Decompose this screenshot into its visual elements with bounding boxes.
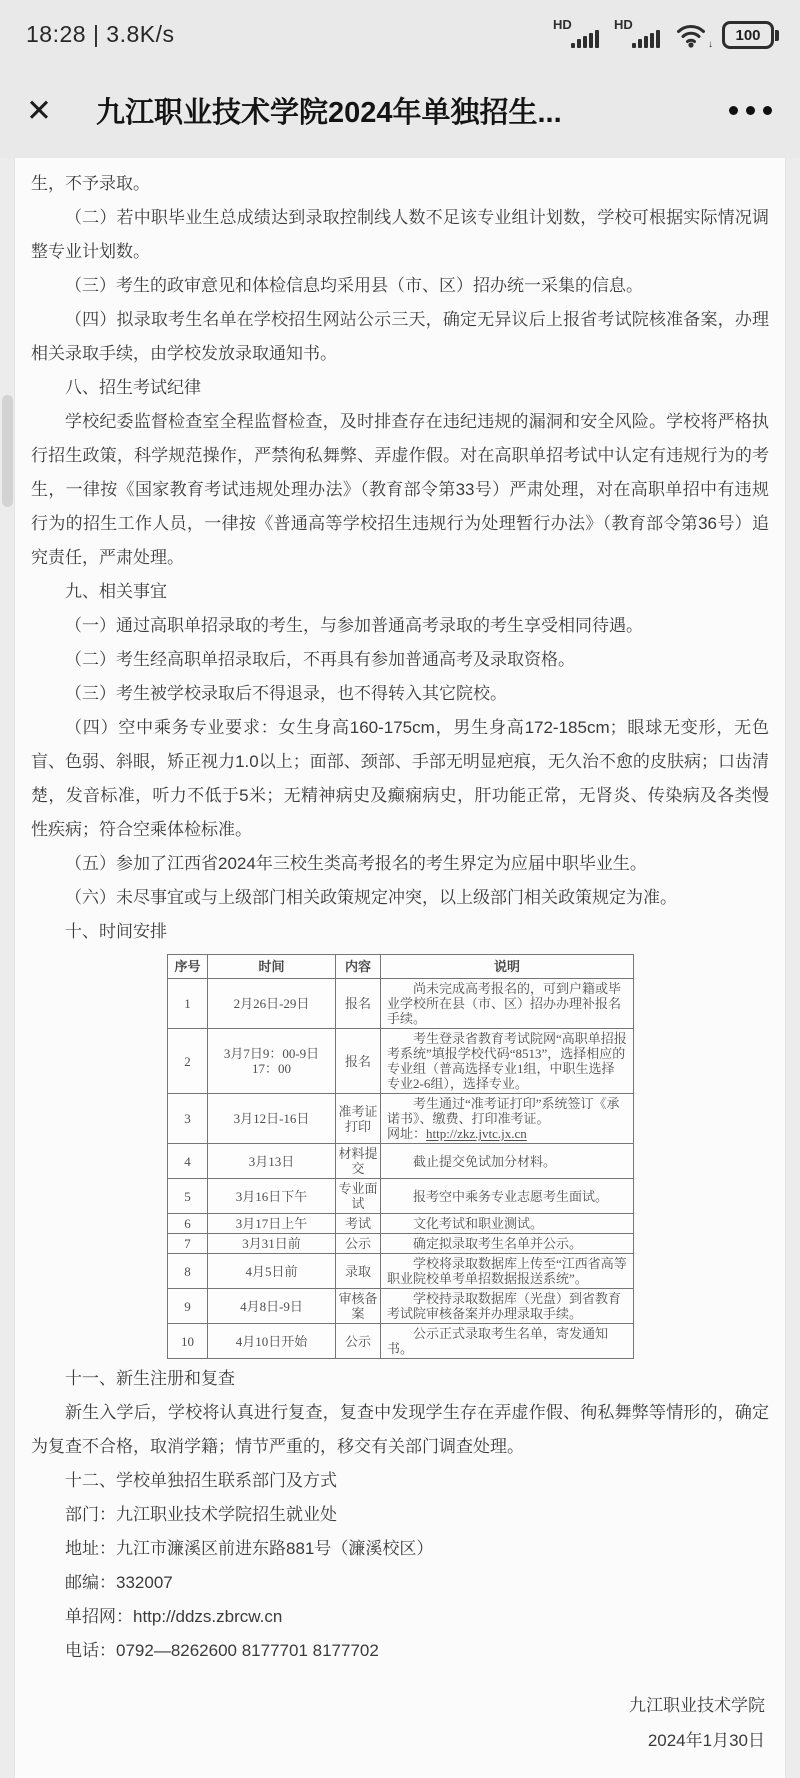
paragraph: （一）通过高职单招录取的考生，与参加普通高考录取的考生享受相同待遇。 (31, 609, 769, 643)
cell-index: 2 (168, 1029, 208, 1094)
cell-time: 3月16日下午 (208, 1179, 336, 1214)
paragraph: 生，不予录取。 (31, 167, 769, 201)
cell-note: 确定拟录取考生名单并公示。 (381, 1234, 634, 1254)
cell-index: 8 (168, 1254, 208, 1289)
hd-badge: HD (553, 18, 572, 31)
document-page: 生，不予录取。（二）若中职毕业生总成绩达到录取控制线人数不足该专业组计划数，学校… (14, 158, 786, 1778)
paragraph: 新生入学后，学校将认真进行复查，复查中发现学生存在弄虚作假、徇私舞弊等情形的，确… (31, 1396, 769, 1464)
paragraph: （二）若中职毕业生总成绩达到录取控制线人数不足该专业组计划数，学校可根据实际情况… (31, 201, 769, 269)
paragraph: 九、相关事宜 (31, 575, 769, 609)
cell-content: 公示 (336, 1324, 381, 1359)
page-title: 九江职业技术学院2024年单独招生... (96, 90, 727, 131)
paragraph: 邮编：332007 (31, 1566, 769, 1600)
cell-index: 6 (168, 1214, 208, 1234)
cell-note: 学校将录取数据库上传至“江西省高等职业院校单考单招数据报送系统”。 (381, 1254, 634, 1289)
table-row: 104月10日开始公示公示正式录取考生名单，寄发通知书。 (168, 1324, 634, 1359)
cell-content: 报名 (336, 979, 381, 1029)
cell-note: 截止提交免试加分材料。 (381, 1144, 634, 1179)
paragraph: 部门：九江职业技术学院招生就业处 (31, 1498, 769, 1532)
cell-index: 9 (168, 1289, 208, 1324)
paragraph: （六）未尽事宜或与上级部门相关政策规定冲突，以上级部门相关政策规定为准。 (31, 881, 769, 915)
table-row: 63月17日上午考试文化考试和职业测试。 (168, 1214, 634, 1234)
paragraph: （三）考生被学校录取后不得退录，也不得转入其它院校。 (31, 677, 769, 711)
cell-note: 公示正式录取考生名单，寄发通知书。 (381, 1324, 634, 1359)
cell-index: 4 (168, 1144, 208, 1179)
document-body-top: 生，不予录取。（二）若中职毕业生总成绩达到录取控制线人数不足该专业组计划数，学校… (31, 167, 769, 949)
table-row: 43月13日材料提交截止提交免试加分材料。 (168, 1144, 634, 1179)
cellular-signal-icon-1: HD (553, 18, 601, 50)
document-body-bottom: 十一、新生注册和复查新生入学后，学校将认真进行复查，复查中发现学生存在弄虚作假、… (31, 1362, 769, 1668)
scrollbar-thumb[interactable] (2, 395, 13, 507)
cell-time: 3月31日前 (208, 1234, 336, 1254)
cell-content: 准考证打印 (336, 1094, 381, 1144)
battery-icon: 100 (722, 21, 774, 49)
table-header-row: 序号 时间 内容 说明 (168, 955, 634, 979)
cell-content: 审核备案 (336, 1289, 381, 1324)
cell-content: 专业面试 (336, 1179, 381, 1214)
cell-index: 1 (168, 979, 208, 1029)
cell-content: 录取 (336, 1254, 381, 1289)
col-header-content: 内容 (336, 955, 381, 979)
paragraph: 十二、学校单独招生联系部门及方式 (31, 1464, 769, 1498)
cell-time: 3月17日上午 (208, 1214, 336, 1234)
table-row: 84月5日前录取学校将录取数据库上传至“江西省高等职业院校单考单招数据报送系统”… (168, 1254, 634, 1289)
cell-time: 3月12日-16日 (208, 1094, 336, 1144)
cell-time: 2月26日-29日 (208, 979, 336, 1029)
cell-note: 尚未完成高考报名的，可到户籍或毕业学校所在县（市、区）招办办理补报名手续。 (381, 979, 634, 1029)
close-icon[interactable]: ✕ (26, 95, 52, 126)
status-icons: HD HD ↓ 100 (553, 18, 774, 50)
hd-badge: HD (614, 18, 633, 31)
cell-content: 报名 (336, 1029, 381, 1094)
paragraph: 电话：0792—8262600 8177701 8177702 (31, 1634, 769, 1668)
more-menu-icon[interactable] (727, 100, 774, 121)
status-bar: 18:28 | 3.8K/s HD HD ↓ (0, 0, 800, 62)
wifi-icon: ↓ (675, 20, 709, 50)
paragraph: 十、时间安排 (31, 915, 769, 949)
cell-content: 考试 (336, 1214, 381, 1234)
document-footer: 九江职业技术学院 2024年1月30日 (31, 1668, 769, 1758)
cell-note: 考生通过“准考证打印”系统签订《承诺书》、缴费、打印准考证。 网址：http:/… (381, 1094, 634, 1144)
cell-content: 材料提交 (336, 1144, 381, 1179)
paragraph: 单招网：http://ddzs.zbrcw.cn (31, 1600, 769, 1634)
cell-note: 学校持录取数据库（光盘）到省教育考试院审核备案并办理录取手续。 (381, 1289, 634, 1324)
cell-note: 考生登录省教育考试院网“高职单招报考系统”填报学校代码“8513”，选择相应的专… (381, 1029, 634, 1094)
cell-index: 3 (168, 1094, 208, 1144)
table-row: 33月12日-16日准考证打印考生通过“准考证打印”系统签订《承诺书》、缴费、打… (168, 1094, 634, 1144)
footer-organization: 九江职业技术学院 (31, 1688, 765, 1723)
schedule-table: 序号 时间 内容 说明 12月26日-29日报名尚未完成高考报名的，可到户籍或毕… (167, 954, 634, 1359)
table-row: 94月8日-9日审核备案学校持录取数据库（光盘）到省教育考试院审核备案并办理录取… (168, 1289, 634, 1324)
signal-bars-icon (632, 30, 660, 48)
cell-index: 5 (168, 1179, 208, 1214)
footer-date: 2024年1月30日 (31, 1723, 765, 1758)
paragraph: （四）拟录取考生名单在学校招生网站公示三天，确定无异议后上报省考试院核准备案，办… (31, 303, 769, 371)
paragraph: （四）空中乘务专业要求：女生身高160-175cm，男生身高172-185cm；… (31, 711, 769, 847)
title-bar: ✕ 九江职业技术学院2024年单独招生... (0, 62, 800, 158)
wifi-traffic-arrow-icon: ↓ (708, 40, 713, 50)
cell-note: 报考空中乘务专业志愿考生面试。 (381, 1179, 634, 1214)
cellular-signal-icon-2: HD (614, 18, 662, 50)
table-link[interactable]: http://zkz.jvtc.jx.cn (426, 1126, 527, 1141)
table-row: 23月7日9：00-9日 17：00报名考生登录省教育考试院网“高职单招报考系统… (168, 1029, 634, 1094)
paragraph: 八、招生考试纪律 (31, 371, 769, 405)
table-row: 73月31日前公示确定拟录取考生名单并公示。 (168, 1234, 634, 1254)
table-row: 53月16日下午专业面试报考空中乘务专业志愿考生面试。 (168, 1179, 634, 1214)
paragraph: 学校纪委监督检查室全程监督检查，及时排查存在违纪违规的漏洞和安全风险。学校将严格… (31, 405, 769, 575)
table-row: 12月26日-29日报名尚未完成高考报名的，可到户籍或毕业学校所在县（市、区）招… (168, 979, 634, 1029)
cell-time: 4月8日-9日 (208, 1289, 336, 1324)
col-header-time: 时间 (208, 955, 336, 979)
cell-note: 文化考试和职业测试。 (381, 1214, 634, 1234)
battery-level: 100 (735, 27, 760, 44)
paragraph: （五）参加了江西省2024年三校生类高考报名的考生界定为应届中职毕业生。 (31, 847, 769, 881)
cell-index: 7 (168, 1234, 208, 1254)
schedule-table-wrap: 序号 时间 内容 说明 12月26日-29日报名尚未完成高考报名的，可到户籍或毕… (167, 954, 633, 1359)
cell-content: 公示 (336, 1234, 381, 1254)
signal-bars-icon (571, 30, 599, 48)
col-header-note: 说明 (381, 955, 634, 979)
clock-and-netspeed: 18:28 | 3.8K/s (26, 21, 175, 48)
paragraph: 十一、新生注册和复查 (31, 1362, 769, 1396)
cell-index: 10 (168, 1324, 208, 1359)
cell-time: 3月13日 (208, 1144, 336, 1179)
paragraph: 地址：九江市濂溪区前进东路881号（濂溪校区） (31, 1532, 769, 1566)
col-header-index: 序号 (168, 955, 208, 979)
cell-time: 4月10日开始 (208, 1324, 336, 1359)
paragraph: （三）考生的政审意见和体检信息均采用县（市、区）招办统一采集的信息。 (31, 269, 769, 303)
paragraph: （二）考生经高职单招录取后，不再具有参加普通高考及录取资格。 (31, 643, 769, 677)
battery-nub (775, 30, 779, 41)
cell-time: 3月7日9：00-9日 17：00 (208, 1029, 336, 1094)
cell-time: 4月5日前 (208, 1254, 336, 1289)
